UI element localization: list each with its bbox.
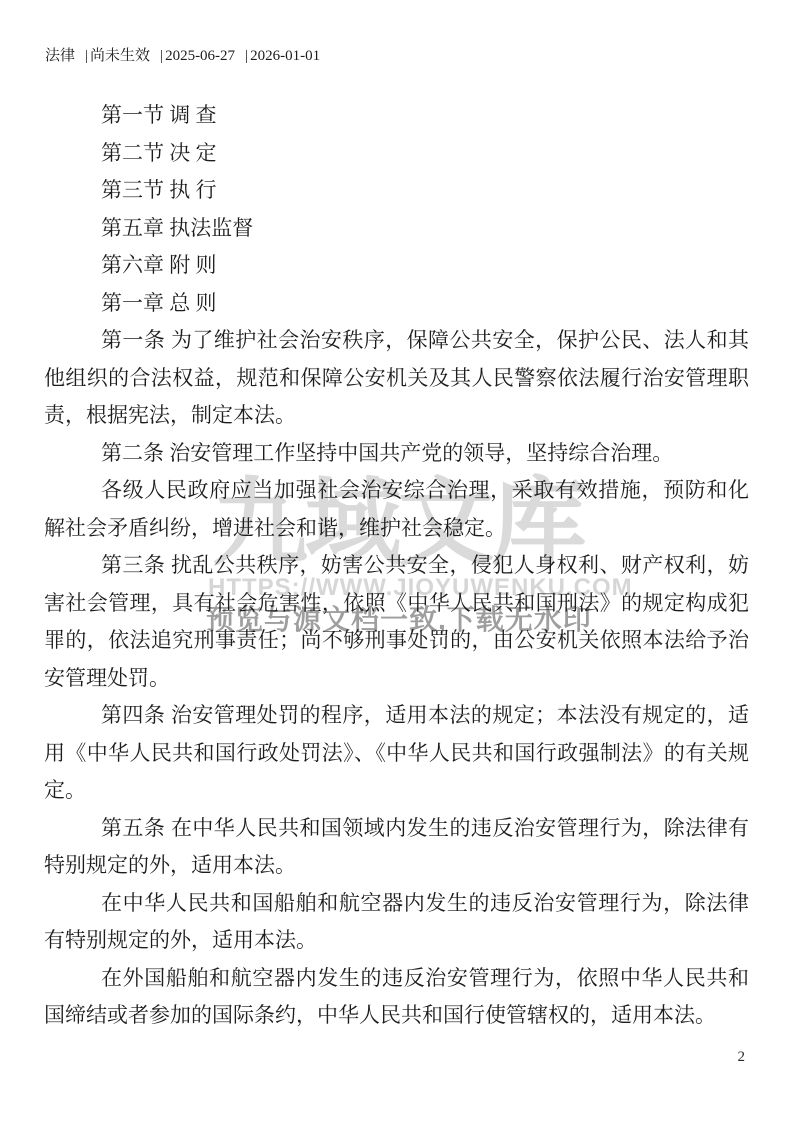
document-page: 九域文库 HTTPS://WWW.JIOYUWENKU.COM 预览与源文档一致…: [0, 0, 793, 1122]
chapter-heading: 第六章 附 则: [44, 247, 749, 285]
doc-type-label: 法律: [45, 48, 75, 64]
article-paragraph: 在中华人民共和国船舶和航空器内发生的违反治安管理行为，除法律有特别规定的外，适用…: [44, 885, 749, 960]
article-paragraph: 第三条 扰乱公共秩序，妨害公共安全，侵犯人身权利、财产权利，妨害社会管理，具有社…: [44, 547, 749, 697]
article-paragraph: 在外国船舶和航空器内发生的违反治安管理行为，依照中华人民共和国缔结或者参加的国际…: [44, 960, 749, 1035]
separator-bar: |: [85, 48, 88, 64]
article-paragraph: 第五条 在中华人民共和国领域内发生的违反治安管理行为，除法律有特别规定的外，适用…: [44, 810, 749, 885]
chapter-heading: 第五章 执法监督: [44, 210, 749, 248]
section-heading: 第三节 执 行: [44, 172, 749, 210]
article-paragraph: 第四条 治安管理处罚的程序，适用本法的规定；本法没有规定的，适用《中华人民共和国…: [44, 697, 749, 810]
publish-date: 2025-06-27: [165, 48, 235, 64]
chapter-heading: 第一章 总 则: [44, 285, 749, 323]
section-heading: 第一节 调 查: [44, 97, 749, 135]
article-paragraph: 第一条 为了维护社会治安秩序，保障公共安全，保护公民、法人和其他组织的合法权益，…: [44, 322, 749, 435]
document-body: 第一节 调 查 第二节 决 定 第三节 执 行 第五章 执法监督 第六章 附 则…: [44, 97, 749, 1035]
effective-date: 2026-01-01: [250, 48, 320, 64]
section-heading: 第二节 决 定: [44, 135, 749, 173]
article-paragraph: 各级人民政府应当加强社会治安综合治理，采取有效措施，预防和化解社会矛盾纠纷，增进…: [44, 472, 749, 547]
document-meta-header: 法律|尚未生效|2025-06-27|2026-01-01: [45, 46, 320, 66]
article-paragraph: 第二条 治安管理工作坚持中国共产党的领导，坚持综合治理。: [44, 435, 749, 473]
page-number: 2: [738, 1049, 746, 1066]
separator-bar: |: [245, 48, 248, 64]
status-label: 尚未生效: [90, 48, 150, 64]
separator-bar: |: [160, 48, 163, 64]
